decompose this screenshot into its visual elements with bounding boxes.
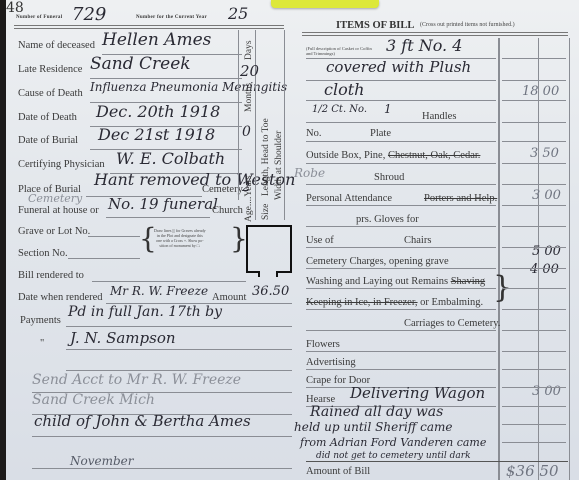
keeping-text: or Embalming. [420,297,483,308]
notes-rule-1 [66,370,292,371]
plate-label: Plate [370,128,391,139]
ledger-rule [502,330,566,331]
ledger-rule [502,226,566,227]
remark-1: Rained all day was [310,404,443,420]
size-column-divider [255,30,256,220]
months-label: Months [244,83,254,112]
outside-box-amount: 3 50 [530,146,559,161]
hearse-value: Delivering Wagon [350,384,485,402]
attendance-label: Personal Attendance [306,193,392,204]
name-value: Hellen Ames [102,30,211,50]
funeral-value: No. 19 funeral [108,195,218,213]
sticky-note-tab [271,0,379,8]
outside-box-struck: Chestnut, Oak, Cedar. [388,150,480,161]
chairs-label: Chairs [404,235,431,246]
casket-value-1: 3 ft No. 4 [386,36,462,55]
ledger-rule [502,442,566,443]
page-number: 48 [6,0,24,16]
notes-rule-4 [32,436,292,437]
grave-note: Draw lines ||| for Graves already in the… [154,228,206,248]
total-amount: $36 50 [506,462,559,480]
section-label: Section No. [18,248,68,259]
size-label: Size [261,204,271,220]
advertising-label: Advertising [306,357,356,368]
bill-rendered-label: Bill rendered to [18,270,84,281]
keeping-label: Keeping in Ice, in Freezer, or Embalming… [306,297,483,308]
casket-desc-label: (Full description of Casket or Coffin an… [306,46,376,56]
plate-no-label: No. [306,128,321,139]
ledger-rule [502,424,566,425]
shroud-label: Shroud [374,172,404,183]
ledger-rule [502,406,566,407]
note-sand-creek: Sand Creek Mich [32,392,155,408]
handles-no: 1 [384,102,392,116]
attendance-struck: Porters and Help. [424,193,497,204]
section-rule [68,258,140,259]
bill-rule-5 [306,141,496,142]
ledger-rule [502,288,566,289]
payments-value: Pd in full Jan. 17th by [68,304,222,320]
years-value: 2 [242,180,250,195]
washing-text: Washing and Laying out Remains [306,276,448,287]
washing-struck: Shaving [451,276,485,287]
payments-rule-2 [66,349,292,350]
residence-value: Sand Creek [90,54,191,74]
age-column-divider [238,30,239,200]
cemetery-note: Cemetery [28,192,82,205]
dollars-column-left [498,38,500,480]
remark-2: held up until Sheriff came [294,420,452,434]
header-rule-left [14,25,284,29]
ledger-rule [502,369,566,370]
keeping-struck: Keeping in Ice, in Freezer, [306,297,418,308]
payments-rule [66,326,292,327]
bill-rule-12 [306,288,496,289]
washing-amount: 4 00 [530,262,559,277]
bill-rule-6 [306,163,496,164]
bill-rule-16 [306,369,496,370]
ledger-rule [502,205,566,206]
bill-title: ITEMS OF BILL [336,20,414,31]
ledger-rule [502,309,566,310]
funeral-number-value: 729 [72,4,106,25]
bill-column-divider [284,30,285,220]
funeral-record-page: 48 Number of Funeral 729 Number for the … [6,0,579,480]
carriages-label: Carriages to Cemetery. [404,318,500,329]
note-child-of: child of John & Bertha Ames [34,412,251,430]
bill-rule-3 [306,100,496,101]
casket-value-3: cloth [324,80,364,99]
payments-label: Payments [20,315,61,326]
funeral-number-label: Number of Funeral [16,15,62,20]
bill-rule-8 [306,205,496,206]
bill-rule-7 [306,184,496,185]
plot-diagram-box [246,225,292,273]
physician-label: Certifying Physician [18,159,105,170]
cause-value: Influenza Pneumonia Meningitis [90,80,287,94]
casket-amount: 18 00 [522,84,559,99]
dollars-cents-divider [538,38,539,480]
date-rendered-value: Mr R. W. Freeze [110,284,208,298]
death-date-label: Date of Death [18,112,77,123]
outside-box-label: Outside Box, Pine, Chestnut, Oak, Cedar. [306,150,480,161]
bill-rule-9 [306,226,496,227]
amount-value: 36.50 [252,284,289,299]
grave-note-line: sition of monument by □. [154,243,206,248]
outside-box-text: Outside Box, Pine, [306,150,385,161]
cemetery-charges-label: Cemetery Charges, opening grave [306,256,449,267]
death-date-value: Dec. 20th 1918 [96,102,220,121]
amount-label: Amount [212,292,246,303]
ledger-rule [502,58,566,59]
bill-rule-15 [306,351,496,352]
plot-diagram-gap-right [276,271,278,277]
bill-rule-10 [306,247,496,248]
note-send-account: Send Acct to Mr R. W. Freeze [32,372,241,388]
bill-rule-11 [306,268,496,269]
payments-line2: J. N. Sampson [70,329,176,347]
bill-rule-4 [306,122,496,123]
bill-subtitle: (Cross out printed items not furnished.) [420,22,515,28]
bill-rendered-rule [92,281,246,282]
grave-rule [88,236,140,237]
gloves-label: prs. Gloves for [356,214,419,225]
ledger-rule [502,100,566,101]
casket-value-2: covered with Plush [326,58,471,76]
church-label: Church [212,205,243,216]
ledger-rule [502,141,566,142]
shroud-prefix: Robe [294,166,325,180]
ditto-mark: " [40,338,44,349]
handles-prefix: 1/2 Ct. No. [312,104,367,115]
ledger-rule [502,247,566,248]
total-label: Amount of Bill [306,466,370,477]
ledger-rule [502,80,566,81]
ledger-rule [502,387,566,388]
remark-4: did not get to cemetery until dark [316,451,471,461]
date-rendered-label: Date when rendered [18,292,103,303]
bill-rule-13 [306,309,496,310]
length-label: Length, Head to Toe [261,118,271,196]
ledger-rule [502,268,566,269]
grave-label: Grave or Lot No. [18,226,90,237]
washing-label: Washing and Laying out Remains Shaving [306,276,485,287]
current-year-value: 25 [228,4,248,23]
use-of-label: Use of [306,235,334,246]
remark-3: from Adrian Ford Vanderen came [300,436,486,449]
width-label: Width at Shoulder [274,131,284,200]
burial-date-value: Dec 21st 1918 [98,125,215,144]
cents-column-right [569,38,570,480]
ledger-rule [502,351,566,352]
notes-rule-5 [32,468,292,469]
months-value: 0 [242,124,251,140]
note-november: November [70,454,134,468]
ledger-rule [502,163,566,164]
attendance-amount: 3 00 [532,188,561,203]
burial-date-label: Date of Burial [18,135,78,146]
funeral-rule [106,217,210,218]
name-label: Name of deceased [18,40,95,51]
days-value: 20 [240,62,259,80]
handles-label: Handles [422,111,456,122]
funeral-label: Funeral at house or [18,205,99,216]
ledger-rule [502,122,566,123]
residence-label: Late Residence [18,64,82,75]
residence-rule [90,78,242,79]
days-label: Days [244,40,254,60]
physician-value: W. E. Colbath [116,149,225,168]
current-year-label: Number for the Current Year [136,15,207,20]
ledger-rule [502,184,566,185]
plot-diagram-gap-left [258,271,260,277]
bill-rule-14 [306,330,496,331]
cause-label: Cause of Death [18,88,83,99]
flowers-label: Flowers [306,339,340,350]
cemetery-label: Cemetery [202,184,243,195]
plot-diagram-foot-right [276,271,290,273]
